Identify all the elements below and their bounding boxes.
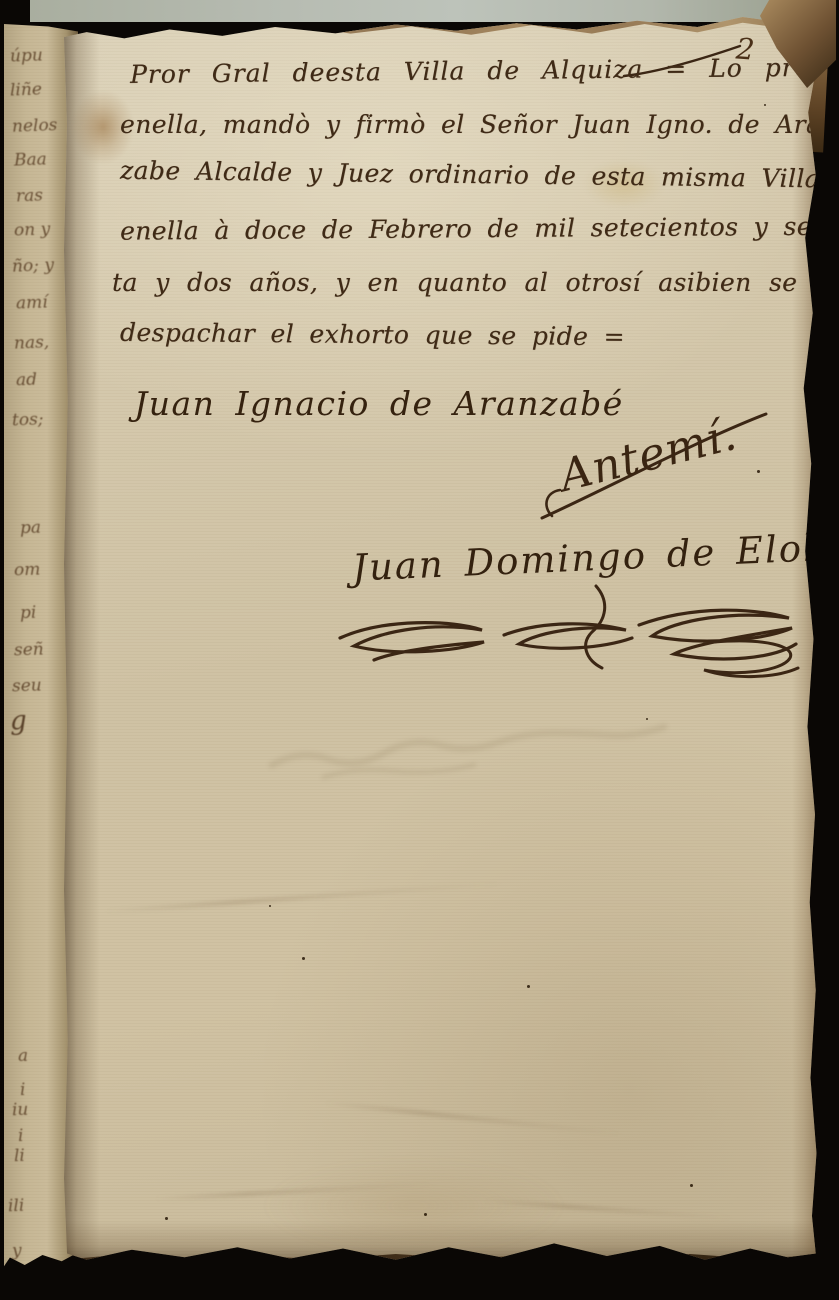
margin-text-fragment: om <box>14 562 41 580</box>
margin-text-fragment: nas, <box>14 334 50 352</box>
margin-text-fragment: amí <box>16 294 48 312</box>
ink-speck <box>165 1217 168 1220</box>
margin-text-fragment: ras <box>16 188 44 206</box>
ink-speck <box>690 1184 693 1187</box>
manuscript-line: enella, mandò y firmò el Señor Juan Igno… <box>120 110 839 139</box>
gutter-shadow <box>64 12 100 1266</box>
scan-background: { "page": { "number": "2" }, "body": { "… <box>0 0 839 1300</box>
margin-text-fragment: li <box>14 1148 25 1165</box>
ink-speck <box>424 1213 427 1216</box>
ink-speck <box>764 104 766 106</box>
margin-flourish: g <box>10 708 28 735</box>
margin-text-fragment: liñe <box>10 81 42 99</box>
manuscript-scan: úpu liñe nelos Baa ras on y ño; y amí na… <box>0 0 839 1300</box>
margin-text-fragment: y <box>12 1243 22 1260</box>
margin-text-fragment: nelos <box>12 117 58 136</box>
margin-text-fragment: úpu <box>10 47 43 65</box>
manuscript-line: despachar el exhorto que se pide = <box>120 318 625 351</box>
ink-speck <box>302 957 305 960</box>
margin-text-fragment: on y <box>14 221 51 239</box>
margin-text-fragment: ad <box>16 372 38 390</box>
ink-speck <box>757 470 760 473</box>
ink-speck <box>269 905 271 907</box>
ink-speck <box>646 718 648 720</box>
paper-stain <box>264 1160 564 1252</box>
document-page: 2 Pror Gral deesta Villa de Alquiza = Lo… <box>64 12 818 1266</box>
margin-text-fragment: i <box>18 1128 24 1145</box>
ink-speck <box>527 985 530 988</box>
signature-rubric-flourish <box>334 580 814 685</box>
margin-text-fragment: iu <box>12 1102 29 1120</box>
manuscript-line: ta y dos años, y en quanto al otrosí asi… <box>112 268 839 297</box>
paper-crease <box>325 1101 624 1135</box>
margin-text-fragment: señ <box>14 641 44 659</box>
margin-text-fragment: pa <box>20 520 42 538</box>
margin-text-fragment: tos; <box>12 411 44 429</box>
paper-crease <box>104 882 503 913</box>
manuscript-line: enella à doce de Febrero de mil setecien… <box>120 211 839 245</box>
margin-text-fragment: pi <box>20 605 37 623</box>
margin-text-fragment: i <box>20 1082 26 1099</box>
margin-text-fragment: seu <box>12 677 42 695</box>
manuscript-line: zabe Alcalde y Juez ordinario de esta mi… <box>120 156 820 194</box>
ink-bleedthrough <box>264 712 694 792</box>
margin-text-fragment: ño; y <box>12 257 54 275</box>
margin-text-fragment: a <box>18 1048 29 1065</box>
manuscript-line: Pror Gral deesta Villa de Alquiza = Lo p… <box>130 52 839 89</box>
margin-text-fragment: ili <box>8 1198 25 1216</box>
ink-speck <box>368 117 370 119</box>
backing-page-top-edge <box>30 0 806 22</box>
margin-text-fragment: Baa <box>14 151 47 169</box>
